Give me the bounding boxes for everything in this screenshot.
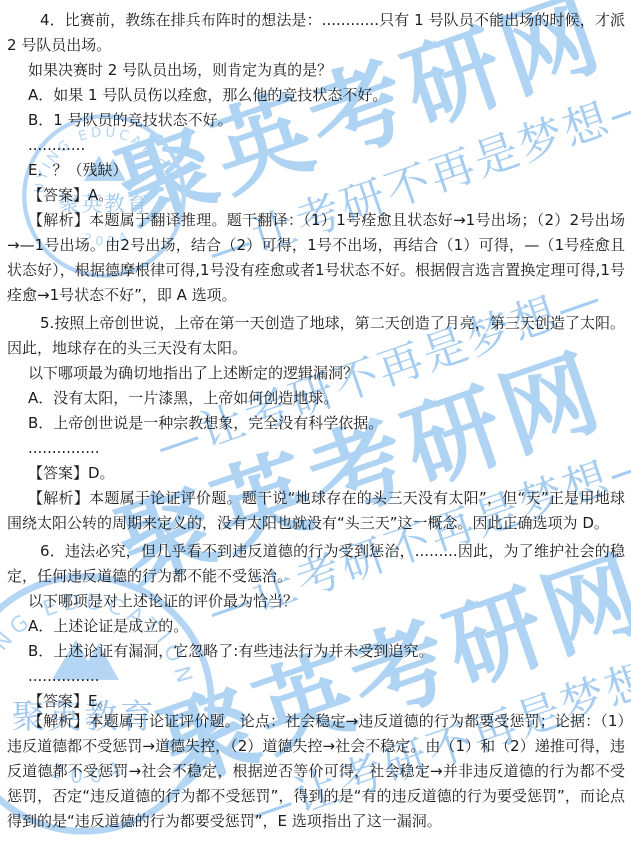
question-4-answer: 【答案】A。	[7, 183, 625, 208]
question-5-option-a: A．没有太阳，一片漆黑，上帝如何创造地球。	[7, 386, 625, 411]
question-5-stem: 5.按照上帝创世说，上帝在第一天创造了地球，第二天创造了月亮，第三天创造了太阳。…	[7, 311, 625, 361]
question-6-stem: 6．违法必究，但几乎看不到违反道德的行为受到惩治，.........因此，为了维…	[7, 539, 625, 589]
question-4-stem: 4．比赛前，教练在排兵布阵时的想法是：............只有 1 号队员不…	[7, 8, 625, 58]
question-6-analysis: 【解析】本题属于论证评价题。论点：社会稳定→违反道德的行为都要受惩罚；论据：（1…	[7, 709, 625, 834]
question-4-prompt: 如果决赛时 2 号队员出场，则肯定为真的是？	[7, 58, 625, 83]
question-6-prompt: 以下哪项是对上述论证的评价最为恰当？	[7, 589, 625, 614]
document-page: 聚英考研网 —让考研不再是梦想— —让考研不再是梦想— 聚英考研网 —让考研不再…	[0, 0, 631, 853]
question-5-analysis: 【解析】本题属于论证评价题。题干说“地球存在的头三天没有太阳”，但“天”正是用地…	[7, 486, 625, 536]
question-4-option-a: A．如果 1 号队员伤以痊愈，那么他的竞技状态不好。	[7, 83, 625, 108]
question-5-option-b: B．上帝创世说是一种宗教想象，完全没有科学依据。	[7, 411, 625, 436]
document-content: 4．比赛前，教练在排兵布阵时的想法是：............只有 1 号队员不…	[0, 0, 631, 853]
question-6-option-b: B．上述论证有漏洞，它忽略了:有些违法行为并未受到追究。	[7, 639, 625, 664]
question-5-answer: 【答案】D。	[7, 461, 625, 486]
question-5-prompt: 以下哪项最为确切地指出了上述断定的逻辑漏洞？	[7, 361, 625, 386]
question-4-analysis: 【解析】本题属于翻译推理。题干翻译：（1）1号痊愈且状态好→1号出场；（2）2号…	[7, 208, 625, 308]
question-5-ellipsis: ...............	[7, 436, 625, 461]
question-4-ellipsis: ............	[7, 133, 625, 158]
question-6-ellipsis: ...............	[7, 664, 625, 689]
question-6-option-a: A．上述论证是成立的。	[7, 614, 625, 639]
question-4-option-e: E．？（残缺）	[7, 158, 625, 183]
question-4-option-b: B．1 号队员的竞技状态不好。	[7, 108, 625, 133]
